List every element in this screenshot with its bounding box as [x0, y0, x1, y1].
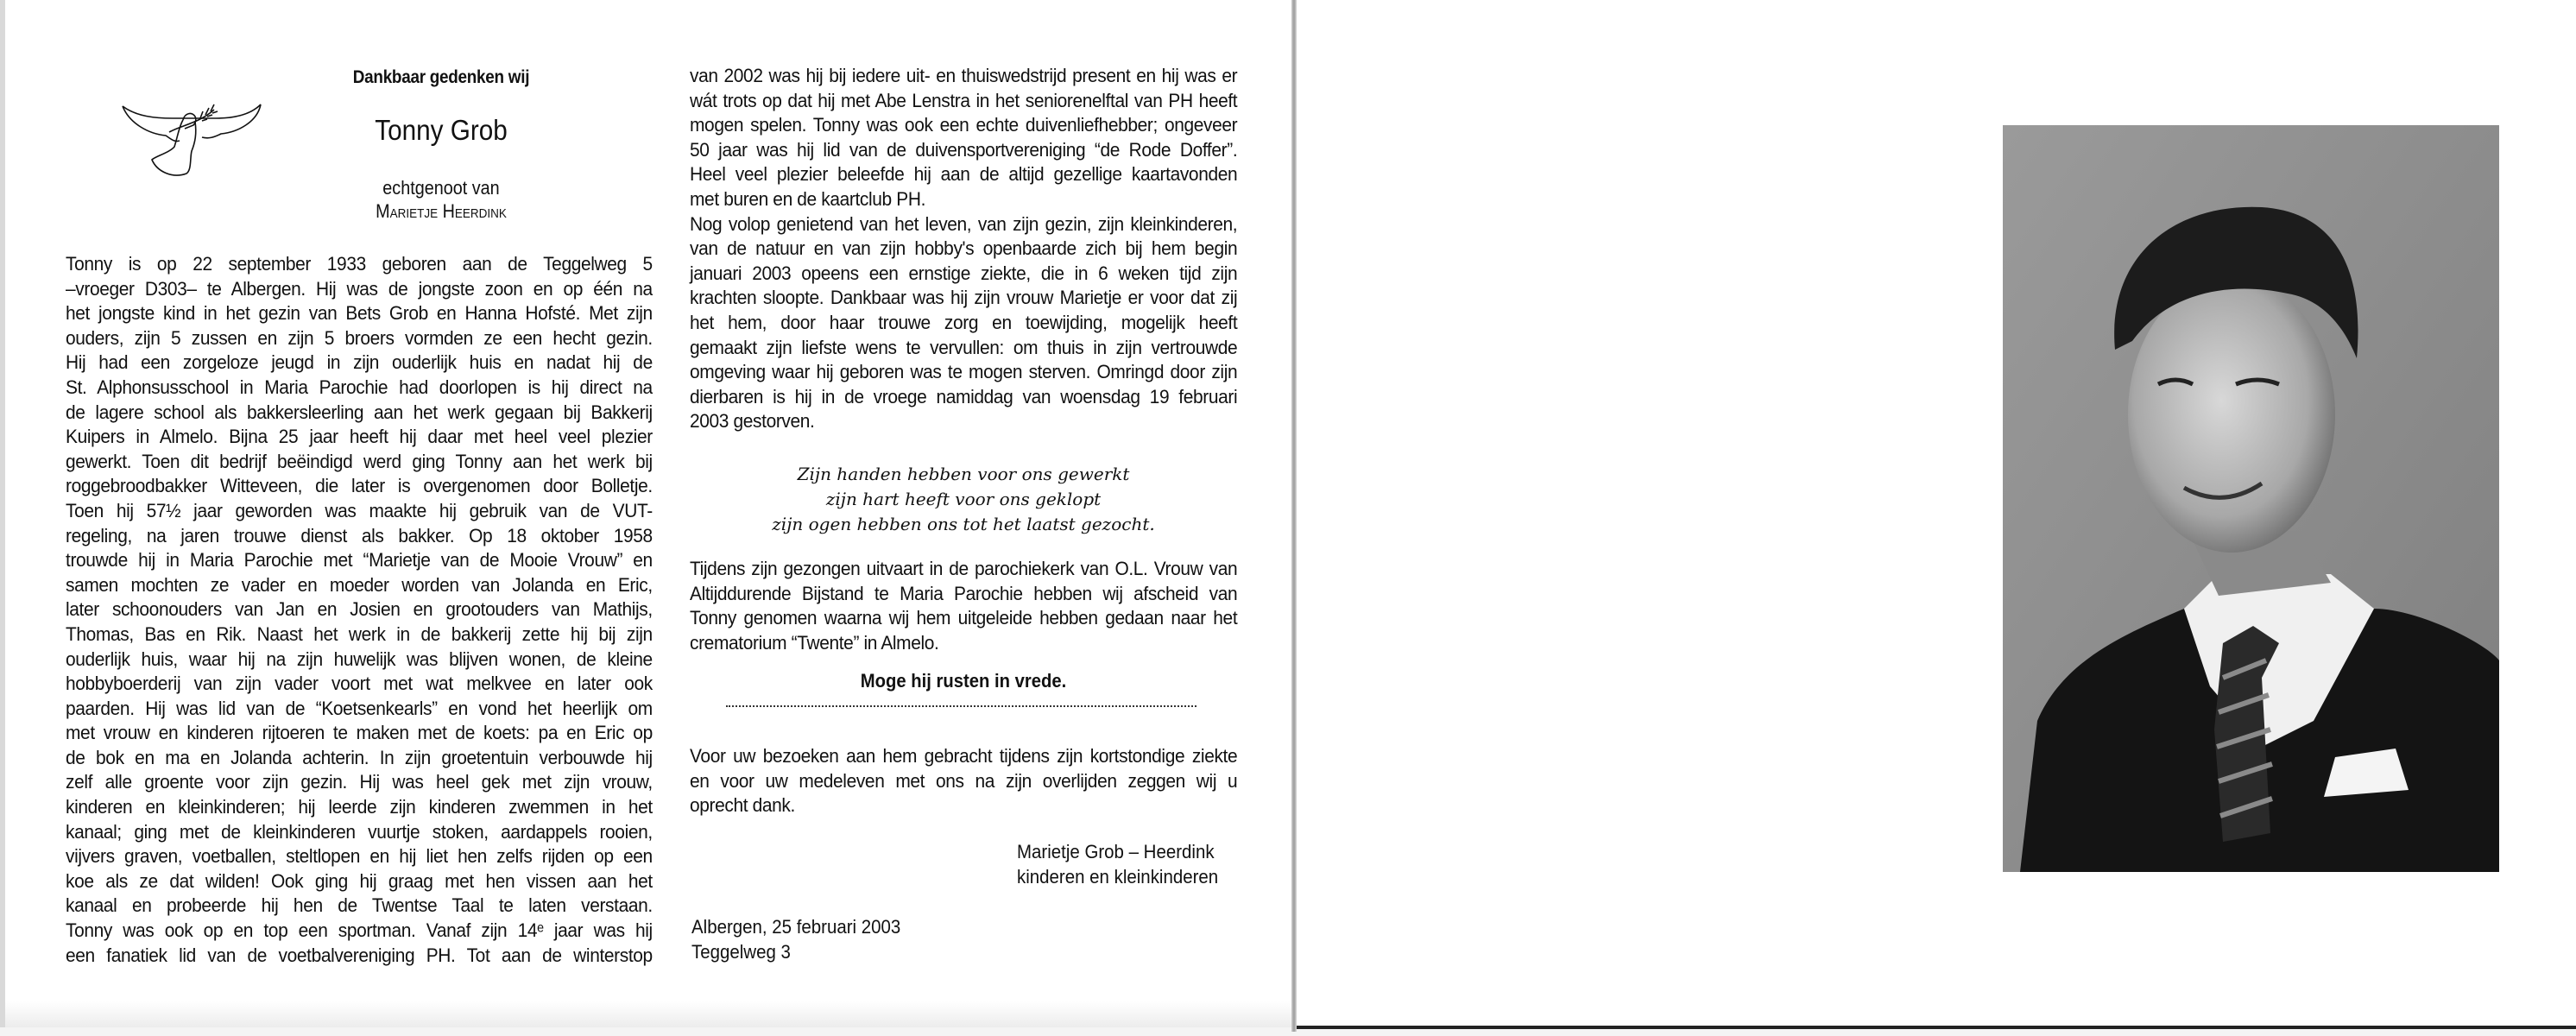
biography-line: Kuipers in Almelo. Bijna 25 jaar heeft h… — [66, 425, 653, 450]
dotted-divider — [726, 705, 1196, 707]
thanks-line: oprecht dank. — [690, 793, 1237, 818]
spouse-name: Marietje Heerdink — [278, 200, 604, 223]
spouse-label: echtgenoot van — [278, 177, 604, 199]
continuation-line: 50 jaar was hij lid van de duivensportve… — [690, 138, 1237, 163]
biography-line: samen mochten ze vader en moeder worden … — [66, 573, 653, 598]
biography-line: het jongste kind in het gezin van Bets G… — [66, 301, 653, 326]
biography-line: zelf alle groente voor zijn gezin. Hij w… — [66, 770, 653, 795]
thanks-line: Voor uw bezoeken aan hem gebracht tijden… — [690, 744, 1237, 769]
continuation-line: omgeving waar hij geboren was te mogen s… — [690, 360, 1237, 385]
rest-in-peace: Moge hij rusten in vrede. — [711, 670, 1215, 692]
biography-line: trouwde hij in Maria Parochie met “Marie… — [66, 548, 653, 573]
biography-line: regeling, na jaren trouwe dienst als bak… — [66, 524, 653, 549]
biography-line: –vroeger D303– te Albergen. Hij was de j… — [66, 277, 653, 302]
continuation-line: krachten sloopte. Dankbaar was hij zijn … — [690, 286, 1237, 311]
address-line: Teggelweg 3 — [691, 940, 900, 965]
biography-line: Tonny was ook op en top een sportman. Va… — [66, 919, 653, 944]
biography-line: Hij had een zorgeloze jeugd in zijn oude… — [66, 351, 653, 376]
biography-line: kanaal en probeerde hij hen de Twentse T… — [66, 894, 653, 919]
deceased-name: Tonny Grob — [278, 114, 604, 147]
continuation-line: het hem, door haar trouwe zorg en toewij… — [690, 311, 1237, 336]
biography-line: de lagere school als bakkersleerling aan… — [66, 401, 653, 426]
biography-line: hobbyboerderij van zijn vader voort met … — [66, 672, 653, 697]
biography-line: met vrouw en kinderen rijtoeren te maken… — [66, 721, 653, 746]
continuation-line: dierbaren is hij in de vroege namiddag v… — [690, 385, 1237, 410]
continuation-line: met buren en de kaartclub PH. — [690, 187, 1237, 212]
biography-line: later schoonouders van Jan en Josien en … — [66, 597, 653, 622]
thanks-paragraph: Voor uw bezoeken aan hem gebracht tijden… — [690, 744, 1277, 818]
signature-block: Marietje Grob – Heerdink kinderen en kle… — [1017, 840, 1218, 889]
biography-column: Tonny is op 22 september 1933 geboren aa… — [66, 252, 653, 968]
funeral-line: Tijdens zijn gezongen uitvaart in de par… — [690, 557, 1237, 582]
dove-icon — [121, 99, 263, 181]
biography-line: de bok en ma en Jolanda achterin. In zij… — [66, 746, 653, 771]
poem-line: zijn hart heeft voor ons geklopt — [690, 487, 1237, 512]
memorial-card-photo-page — [1297, 0, 2576, 1029]
funeral-paragraph: Tijdens zijn gezongen uitvaart in de par… — [690, 557, 1277, 655]
continuation-line: wát trots op dat hij met Abe Lenstra in … — [690, 89, 1237, 114]
thanks-line: en voor uw medeleven met ons na zijn ove… — [690, 769, 1237, 794]
biography-line: roggebroodbakker Witteveen, die later is… — [66, 474, 653, 499]
funeral-line: Altijddurende Bijstand te Maria Parochie… — [690, 582, 1237, 607]
continuation-line: Heel veel plezier beleefde hij aan de al… — [690, 162, 1237, 187]
continuation-line: januari 2003 opeens een ernstige ziekte,… — [690, 262, 1237, 287]
memorial-poem: Zijn handen hebben voor ons gewerkt zijn… — [690, 462, 1237, 537]
funeral-line: Tonny genomen waarna wij hem uitgeleide … — [690, 606, 1237, 631]
funeral-line: crematorium “Twente” in Almelo. — [690, 631, 1237, 656]
biography-line: ouderlijk huis, waar hij na zijn huwelij… — [66, 647, 653, 673]
poem-line: zijn ogen hebben ons tot het laatst gezo… — [690, 512, 1237, 537]
memorial-card-text-page: Dankbaar gedenken wij Tonny Grob echtgen… — [0, 0, 1292, 1027]
biography-line: Tonny is op 22 september 1933 geboren aa… — [66, 252, 653, 277]
place-date-line: Albergen, 25 februari 2003 — [691, 915, 900, 940]
continuation-line: gemaakt zijn liefste wens te vervullen: … — [690, 336, 1237, 361]
continuation-line: mogen spelen. Tonny was ook een echte du… — [690, 113, 1237, 138]
biography-line: St. Alphonsusschool in Maria Parochie ha… — [66, 376, 653, 401]
continuation-line: van 2002 was hij bij iedere uit- en thui… — [690, 64, 1237, 89]
continuation-line: van de natuur en van zijn hobby's openba… — [690, 237, 1237, 262]
biography-line: paarden. Hij was lid van de “Koetsenkear… — [66, 697, 653, 722]
biography-line: vijvers graven, voetballen, steltlopen e… — [66, 844, 653, 869]
biography-line: ouders, zijn 5 zussen en zijn 5 broers v… — [66, 326, 653, 351]
header-thanks: Dankbaar gedenken wij — [278, 67, 604, 88]
continuation-line: Nog volop genietend van het leven, van z… — [690, 212, 1237, 237]
poem-line: Zijn handen hebben voor ons gewerkt — [690, 462, 1237, 487]
biography-line: koe als ze dat wilden! Ook ging hij graa… — [66, 869, 653, 894]
biography-line: een fanatiek lid van de voetbalverenigin… — [66, 944, 653, 969]
biography-line: Toen hij 57½ jaar geworden was maakte hi… — [66, 499, 653, 524]
signature-line: kinderen en kleinkinderen — [1017, 865, 1218, 890]
biography-line: kanaal; ging met de kleinkinderen vuurtj… — [66, 820, 653, 845]
portrait-photo — [2003, 125, 2499, 872]
place-date-block: Albergen, 25 februari 2003 Teggelweg 3 — [691, 915, 900, 964]
biography-line: Thomas, Bas en Rik. Naast het werk in de… — [66, 622, 653, 647]
signature-line: Marietje Grob – Heerdink — [1017, 840, 1218, 865]
continuation-column: van 2002 was hij bij iedere uit- en thui… — [690, 64, 1277, 434]
biography-line: gewerkt. Toen dit bedrijf beëindigd werd… — [66, 450, 653, 475]
biography-line: kinderen en kleinkinderen; hij leerde zi… — [66, 795, 653, 820]
continuation-line: 2003 gestorven. — [690, 409, 1237, 434]
